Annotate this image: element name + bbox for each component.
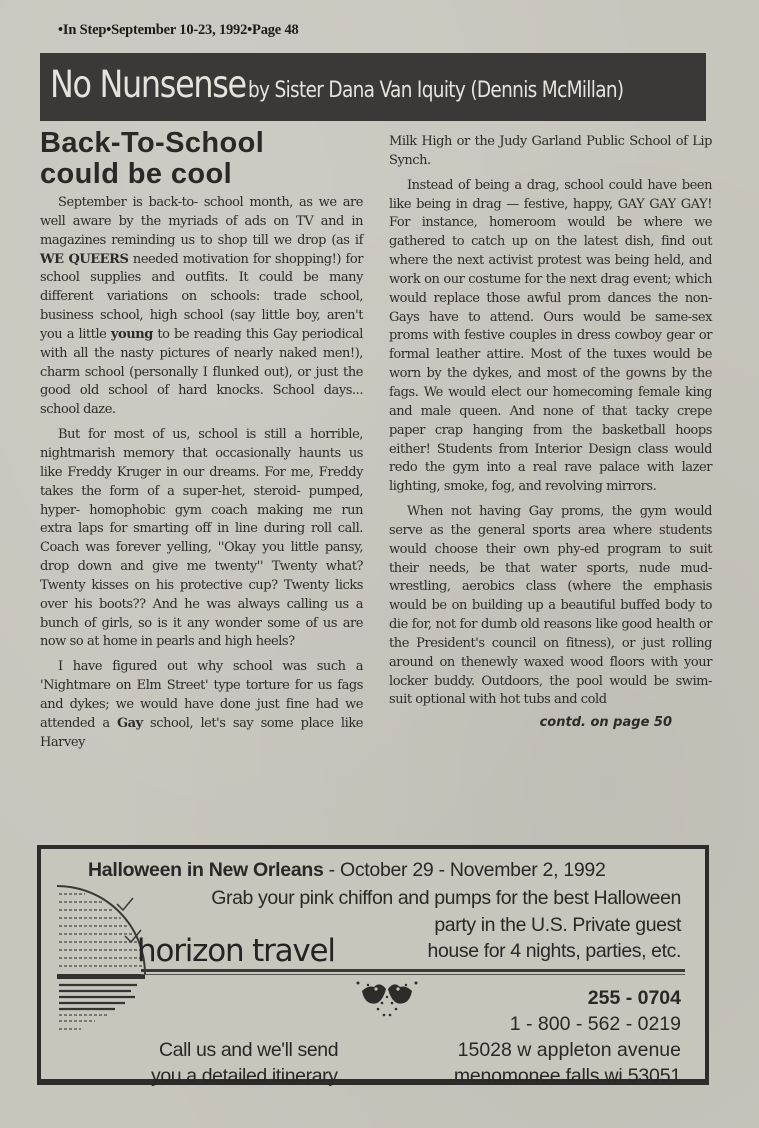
running-head: •In Step•September 10-23, 1992•Page 48 [58, 22, 299, 39]
article-headline: Back-To-School could be cool [40, 128, 363, 190]
ad-headline-dates: - October 29 - November 2, 1992 [324, 859, 606, 881]
headline-line-2: could be cool [40, 158, 232, 190]
horizon-travel-advertisement: Halloween in New Orleans - October 29 - … [37, 845, 709, 1085]
ad-line-4: house for 4 nights, parties, etc. [428, 940, 681, 963]
article-left-column: Back-To-School could be cool September i… [40, 128, 363, 758]
ad-headline: Halloween in New Orleans - October 29 - … [88, 859, 606, 882]
paragraph-5: When not having Gay proms, the gym would… [389, 503, 712, 710]
text: September is back-to- school month, as w… [40, 195, 363, 248]
paragraph-continuation: Milk High or the Judy Garland Public Sch… [389, 133, 712, 171]
ad-line-2: Grab your pink chiffon and pumps for the… [211, 887, 681, 910]
ad-divider-rule [141, 969, 685, 972]
horizon-travel-brand: horizon travel [137, 933, 335, 969]
bold-text: Gay [117, 716, 143, 731]
call-to-action-line-2: you a detailed itinerary [151, 1065, 338, 1088]
column-byline: by Sister Dana Van Iquity (Dennis McMill… [248, 78, 623, 103]
call-to-action-line-1: Call us and we'll send [159, 1039, 338, 1062]
headline-line-1: Back-To-School [40, 127, 264, 159]
ad-line-3: party in the U.S. Private guest [434, 914, 681, 937]
paragraph-3: I have figured out why school was such a… [40, 658, 363, 752]
address-street: 15028 w appleton avenue [458, 1039, 681, 1062]
article-right-column: Milk High or the Judy Garland Public Sch… [389, 133, 712, 733]
paragraph-2: But for most of us, school is still a ho… [40, 426, 363, 652]
ad-headline-bold: Halloween in New Orleans [88, 859, 324, 881]
mardi-gras-masks-icon [354, 977, 420, 1019]
paragraph-4: Instead of being a drag, school could ha… [389, 177, 712, 497]
phone-local: 255 - 0704 [588, 987, 681, 1010]
paragraph-1: September is back-to- school month, as w… [40, 194, 363, 420]
ad-divider-rule-thin [141, 974, 685, 975]
bold-text: WE QUEERS [40, 252, 128, 267]
bold-text: young [111, 327, 153, 342]
address-city: menomonee falls wi 53051 [454, 1065, 681, 1088]
phone-toll-free: 1 - 800 - 562 - 0219 [510, 1013, 681, 1036]
column-banner: No Nunsense by Sister Dana Van Iquity (D… [40, 53, 706, 121]
column-title: No Nunsense [50, 63, 246, 106]
continued-jump-line: contd. on page 50 [389, 714, 712, 733]
